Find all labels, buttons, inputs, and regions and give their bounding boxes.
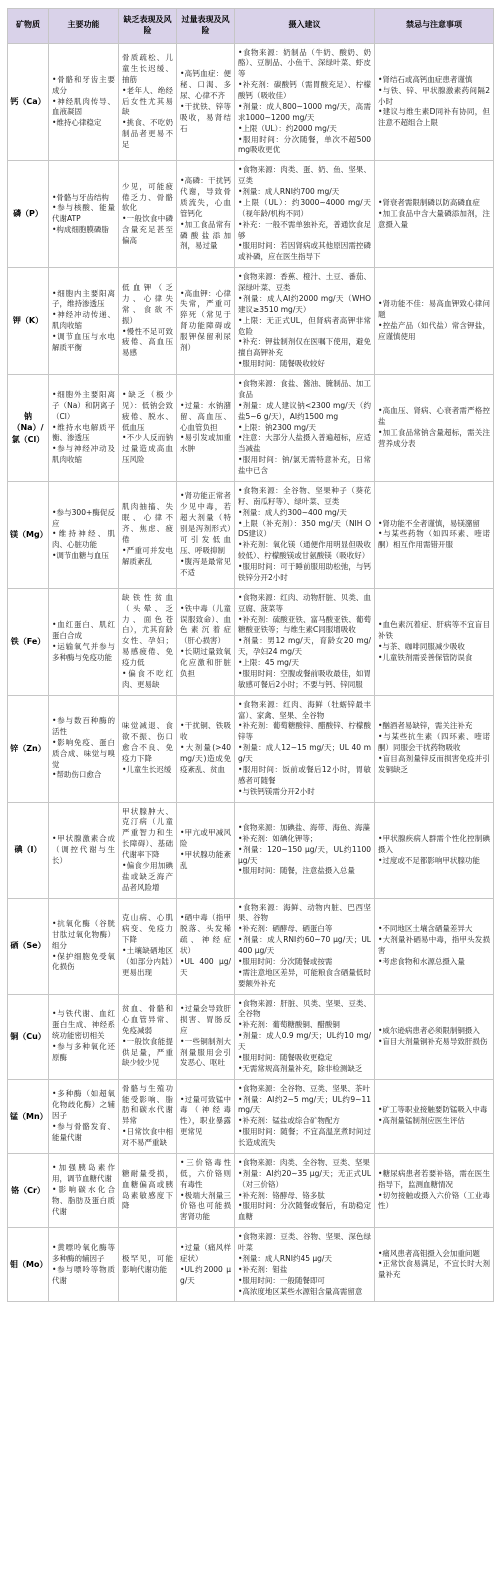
cell-excess: •硒中毒（指甲脱落、头发稀疏、神经症状） •UL 400 μg/天 xyxy=(177,898,235,994)
cell-mineral: 铬（Cr） xyxy=(8,1153,49,1227)
table-row-zinc: 锌（Zn） •参与数百种酶的活性 •影响免疫、蛋白质合成、味觉与嗅觉 •帮助伤口… xyxy=(8,695,494,802)
cell-deficiency: 极罕见，可能影响代谢功能 xyxy=(119,1228,177,1302)
header-intake: 摄入建议 xyxy=(235,9,375,44)
cell-deficiency: 克山病、心肌病变、免疫力下降 •土壤缺硒地区（如部分内陆）更易出现 xyxy=(119,898,177,994)
cell-notes: •肾结石或高钙血症患者谨慎 •与铁、锌、甲状腺激素药间隔2小时 •建议与维生素D… xyxy=(375,43,494,161)
cell-deficiency: 少见，可能疲倦乏力、骨骼软化 •一般饮食中磷含量充足甚至偏高 xyxy=(119,161,177,268)
cell-notes: •矿工等职业接触要防锰吸入中毒 •高剂量锰制剂应医生评估 xyxy=(375,1079,494,1153)
cell-deficiency: 低血钾（乏力、心律失常、食欲不振） •慢性不足可致疲倦、高血压易感 xyxy=(119,268,177,375)
cell-intake: •食物来源：加碘盐、海带、海鱼、海藻 •补充剂：如碘化钾等； •剂量：120~1… xyxy=(235,802,375,898)
cell-notes: •酗酒者易缺锌，需关注补充 •与某些抗生素（四环素、喹诺酮）同服会干扰药物吸收 … xyxy=(375,695,494,802)
cell-intake: •食物来源：肉类、全谷物、豆类、坚果 •剂量：AI约20~35 μg/天；无正式… xyxy=(235,1153,375,1227)
cell-mineral: 钾（K） xyxy=(8,268,49,375)
table-row-iron: 铁（Fe） •血红蛋白、肌红蛋白合成 •运输氧气并参与多种酶与免疫功能 缺铁性贫… xyxy=(8,588,494,695)
cell-intake: •食物来源：全谷物、豆类、坚果、茶叶 •剂量：AI约2~5 mg/天；UL约9~… xyxy=(235,1079,375,1153)
cell-intake: •食物来源：海鲜、动物内脏、巴西坚果、谷物 •补充剂：硒酵母、硒蛋白等 •剂量：… xyxy=(235,898,375,994)
table-row-phosphorus: 磷（P） •骨骼与牙齿结构 •参与核酸、能量代谢ATP •构成细胞膜磷脂 少见，… xyxy=(8,161,494,268)
cell-mineral: 硒（Se） xyxy=(8,898,49,994)
cell-notes: •不同地区土壤含硒量差异大 •大剂量补硒易中毒，指甲头发损害 •考虑食物和水源总… xyxy=(375,898,494,994)
cell-functions: •抗氧化酶（谷胱甘肽过氧化物酶）组分 •保护细胞免受氧化损伤 xyxy=(49,898,119,994)
cell-notes: •痛风患者高钼摄入会加重问题 •正常饮食易满足，不宜长时大剂量补充 xyxy=(375,1228,494,1302)
cell-functions: •细胞外主要阳离子（Na）和阴离子（Cl） •维持水电解质平衡、渗透压 •参与神… xyxy=(49,375,119,482)
cell-functions: •与铁代谢、血红蛋白生成、神经系统功能密切相关 •参与多种氧化还原酶 xyxy=(49,994,119,1079)
cell-mineral: 镁（Mg） xyxy=(8,481,49,588)
cell-intake: •食物来源：食盐、酱油、腌制品、加工食品 •剂量：成人建议钠<2300 mg/天… xyxy=(235,375,375,482)
cell-excess: •过量：水钠潴留、高血压、心血管负担 •易引发或加重水肿 xyxy=(177,375,235,482)
cell-deficiency: 糖耐量受损，血糖偏高或胰岛素敏感度下降 xyxy=(119,1153,177,1227)
table-row-sodium-chloride: 钠（Na）/ 氯（Cl） •细胞外主要阳离子（Na）和阴离子（Cl） •维持水电… xyxy=(8,375,494,482)
cell-deficiency: 肌肉抽搐、失眠、心律不齐、焦虑、疲倦 •严重可并发电解质紊乱 xyxy=(119,481,177,588)
table-row-calcium: 钙（Ca） •骨骼和牙齿主要成分 •神经肌肉传导、血液凝固 •维持心律稳定 骨质… xyxy=(8,43,494,161)
cell-excess: •干扰铜、铁吸收 •大剂量(>40 mg/天)造成免疫紊乱、贫血 xyxy=(177,695,235,802)
cell-mineral: 磷（P） xyxy=(8,161,49,268)
header-notes: 禁忌与注意事项 xyxy=(375,9,494,44)
cell-functions: •血红蛋白、肌红蛋白合成 •运输氧气并参与多种酶与免疫功能 xyxy=(49,588,119,695)
cell-functions: •甲状腺激素合成（调控代谢与生长） xyxy=(49,802,119,898)
cell-mineral: 铜（Cu） xyxy=(8,994,49,1079)
cell-intake: •食物来源：肉类、蛋、奶、鱼、坚果、豆类 •剂量：成人RNI约700 mg/天 … xyxy=(235,161,375,268)
cell-functions: •参与300+酶促反应 •维持神经、肌肉、心脏功能 •调节血糖与血压 xyxy=(49,481,119,588)
cell-excess: •高血钾：心律失常，严重可猝死（常见于肾功能障碍或服钾保留利尿剂） xyxy=(177,268,235,375)
cell-mineral: 钙（Ca） xyxy=(8,43,49,161)
cell-notes: •糖尿病患者若要补铬，需在医生指导下，监测血糖情况 •切勿接触或摄入六价铬（工业… xyxy=(375,1153,494,1227)
cell-intake: •食物来源：红肉、动物肝脏、贝类、血豆腐、菠菜等 •补充剂：硫酸亚铁、富马酸亚铁… xyxy=(235,588,375,695)
header-mineral: 矿物质 xyxy=(8,9,49,44)
table-row-iodine: 碘（I） •甲状腺激素合成（调控代谢与生长） 甲状腺肿大、克汀病（儿童严重智力和… xyxy=(8,802,494,898)
cell-notes: •威尔逊病患者必须限制铜摄入 •盲目大剂量铜补充易导致肝损伤 xyxy=(375,994,494,1079)
table-row-molybdenum: 钼（Mo） •黄嘌呤氧化酶等多种酶的辅因子 •参与嘌呤等物质代谢 极罕见，可能影… xyxy=(8,1228,494,1302)
cell-intake: •食物来源：奶制品（牛奶、酸奶、奶酪）、豆制品、小鱼干、深绿叶菜、虾皮等 •补充… xyxy=(235,43,375,161)
cell-functions: •细胞内主要阳离子，维持渗透压 •神经冲动传递、肌肉收缩 •调节血压与水电解质平… xyxy=(49,268,119,375)
header-deficiency: 缺乏表现及风险 xyxy=(119,9,177,44)
cell-mineral: 钼（Mo） xyxy=(8,1228,49,1302)
cell-intake: •食物来源：香蕉、橙汁、土豆、番茄、深绿叶菜、豆类 •剂量：成人AI约2000 … xyxy=(235,268,375,375)
cell-deficiency: •缺乏（极少见）：低钠会致疲倦、脱水、低血压 •不少人反而钠过量造成高血压风险 xyxy=(119,375,177,482)
cell-excess: •三价铬毒性低，六价铬则有毒性 •极端大剂量三价铬也可能损害肾功能 xyxy=(177,1153,235,1227)
cell-excess: •甲亢或甲减风险 •甲状腺功能紊乱 xyxy=(177,802,235,898)
minerals-reference-page: 矿物质 主要功能 缺乏表现及风险 过量表现及风险 摄入建议 禁忌与注意事项 钙（… xyxy=(0,0,500,1310)
header-row: 矿物质 主要功能 缺乏表现及风险 过量表现及风险 摄入建议 禁忌与注意事项 xyxy=(8,9,494,44)
cell-deficiency: 骨骼与生殖功能受影响、脂肪和碳水代谢异常 •日常饮食中相对不易严重缺 xyxy=(119,1079,177,1153)
cell-functions: •黄嘌呤氧化酶等多种酶的辅因子 •参与嘌呤等物质代谢 xyxy=(49,1228,119,1302)
cell-notes: •肾功能不佳：易高血钾致心律问题 •控盐产品（如代盐）常含钾盐，应谨慎使用 xyxy=(375,268,494,375)
cell-excess: •铁中毒（儿童误服致命）、血色素沉着症（肝心损害） •长期过量致氧化应激和肝脏负… xyxy=(177,588,235,695)
table-row-potassium: 钾（K） •细胞内主要阳离子，维持渗透压 •神经冲动传递、肌肉收缩 •调节血压与… xyxy=(8,268,494,375)
table-row-chromium: 铬（Cr） •加强胰岛素作用，调节血糖代谢 •影响碳水化合物、脂肪及蛋白质代谢 … xyxy=(8,1153,494,1227)
cell-notes: •甲状腺疾病人群需个性化控制碘摄入 •过度或不足都影响甲状腺功能 xyxy=(375,802,494,898)
table-row-magnesium: 镁（Mg） •参与300+酶促反应 •维持神经、肌肉、心脏功能 •调节血糖与血压… xyxy=(8,481,494,588)
header-functions: 主要功能 xyxy=(49,9,119,44)
cell-deficiency: 缺铁性贫血（头晕、乏力、面色苍白），尤其育龄女性、孕妇；易感疲倦、免疫力低 •偏… xyxy=(119,588,177,695)
cell-functions: •多种酶（如超氧化物歧化酶）之辅因子 •参与骨骼发育、能量代谢 xyxy=(49,1079,119,1153)
cell-functions: •骨骼和牙齿主要成分 •神经肌肉传导、血液凝固 •维持心律稳定 xyxy=(49,43,119,161)
cell-excess: •肾功能正常者少见中毒，若超大剂量（特别是泻剂形式）可引发低血压、呼吸抑制 •腹… xyxy=(177,481,235,588)
cell-excess: •过量可致锰中毒（神经毒性），职业暴露更常见 xyxy=(177,1079,235,1153)
cell-notes: •肾衰者需限制磷以防高磷血症 •加工食品中含大量磷添加剂，注意摄入量 xyxy=(375,161,494,268)
table-row-copper: 铜（Cu） •与铁代谢、血红蛋白生成、神经系统功能密切相关 •参与多种氧化还原酶… xyxy=(8,994,494,1079)
cell-intake: •食物来源：全谷物、坚果种子（葵花籽、南瓜籽等）、绿叶菜、豆类 •剂量：成人约3… xyxy=(235,481,375,588)
cell-mineral: 锌（Zn） xyxy=(8,695,49,802)
cell-deficiency: 骨质疏松、儿童生长迟缓、抽筋 •老年人、绝经后女性尤其易缺 •挑食、不吃奶制品者… xyxy=(119,43,177,161)
cell-excess: •高钙血症：便秘、口渴、多尿、心律不齐 •干扰铁、锌等吸收，易肾结石 xyxy=(177,43,235,161)
cell-deficiency: 味觉减退、食欲不振、伤口愈合不良、免疫力下降 •儿童生长迟缓 xyxy=(119,695,177,802)
cell-intake: •食物来源：豆类、谷物、坚果、深色绿叶菜 •剂量：成人RNI约45 μg/天 •… xyxy=(235,1228,375,1302)
cell-functions: •骨骼与牙齿结构 •参与核酸、能量代谢ATP •构成细胞膜磷脂 xyxy=(49,161,119,268)
cell-excess: •过量会导致肝损害、胃肠反应 •一些铜制剂大剂量服用会引发恶心、呕吐 xyxy=(177,994,235,1079)
table-row-manganese: 锰（Mn） •多种酶（如超氧化物歧化酶）之辅因子 •参与骨骼发育、能量代谢 骨骼… xyxy=(8,1079,494,1153)
cell-excess: •过量（痛风样症状） •UL约2000 μg/天 xyxy=(177,1228,235,1302)
cell-mineral: 碘（I） xyxy=(8,802,49,898)
cell-mineral: 锰（Mn） xyxy=(8,1079,49,1153)
cell-notes: •高血压、肾病、心衰者需严格控盐 •加工食品常钠含量超标，需关注营养成分表 xyxy=(375,375,494,482)
cell-mineral: 钠（Na）/ 氯（Cl） xyxy=(8,375,49,482)
cell-notes: •肾功能不全者谨慎，易镁潴留 •与某些药物（如四环素、喹诺酮）相互作用需错开服 xyxy=(375,481,494,588)
cell-functions: •参与数百种酶的活性 •影响免疫、蛋白质合成、味觉与嗅觉 •帮助伤口愈合 xyxy=(49,695,119,802)
table-row-selenium: 硒（Se） •抗氧化酶（谷胱甘肽过氧化物酶）组分 •保护细胞免受氧化损伤 克山病… xyxy=(8,898,494,994)
cell-functions: •加强胰岛素作用，调节血糖代谢 •影响碳水化合物、脂肪及蛋白质代谢 xyxy=(49,1153,119,1227)
cell-intake: •食物来源：红肉、海鲜（牡蛎锌最丰富）、家禽、坚果、全谷物 •补充剂：葡萄糖酸锌… xyxy=(235,695,375,802)
cell-excess: •高磷：干扰钙代谢，导致骨质流失，心血管钙化 •加工食品常有磷酸盐添加剂，易过量 xyxy=(177,161,235,268)
minerals-table: 矿物质 主要功能 缺乏表现及风险 过量表现及风险 摄入建议 禁忌与注意事项 钙（… xyxy=(7,8,494,1302)
cell-notes: •血色素沉着症、肝病等不宜盲目补铁 •与茶、咖啡同服减少吸收 •儿童铁剂需妥善保… xyxy=(375,588,494,695)
cell-mineral: 铁（Fe） xyxy=(8,588,49,695)
cell-intake: •食物来源：肝脏、贝类、坚果、豆类、全谷物 •补充剂：葡萄糖酸铜、醋酸铜 •剂量… xyxy=(235,994,375,1079)
header-excess: 过量表现及风险 xyxy=(177,9,235,44)
cell-deficiency: 甲状腺肿大、克汀病（儿童严重智力和生长障碍）、基础代谢率下降 •偏食少用加碘盐或… xyxy=(119,802,177,898)
cell-deficiency: 贫血、骨骼和心血管异常、免疫减弱 •一般饮食能提供足量，严重缺少较少见 xyxy=(119,994,177,1079)
